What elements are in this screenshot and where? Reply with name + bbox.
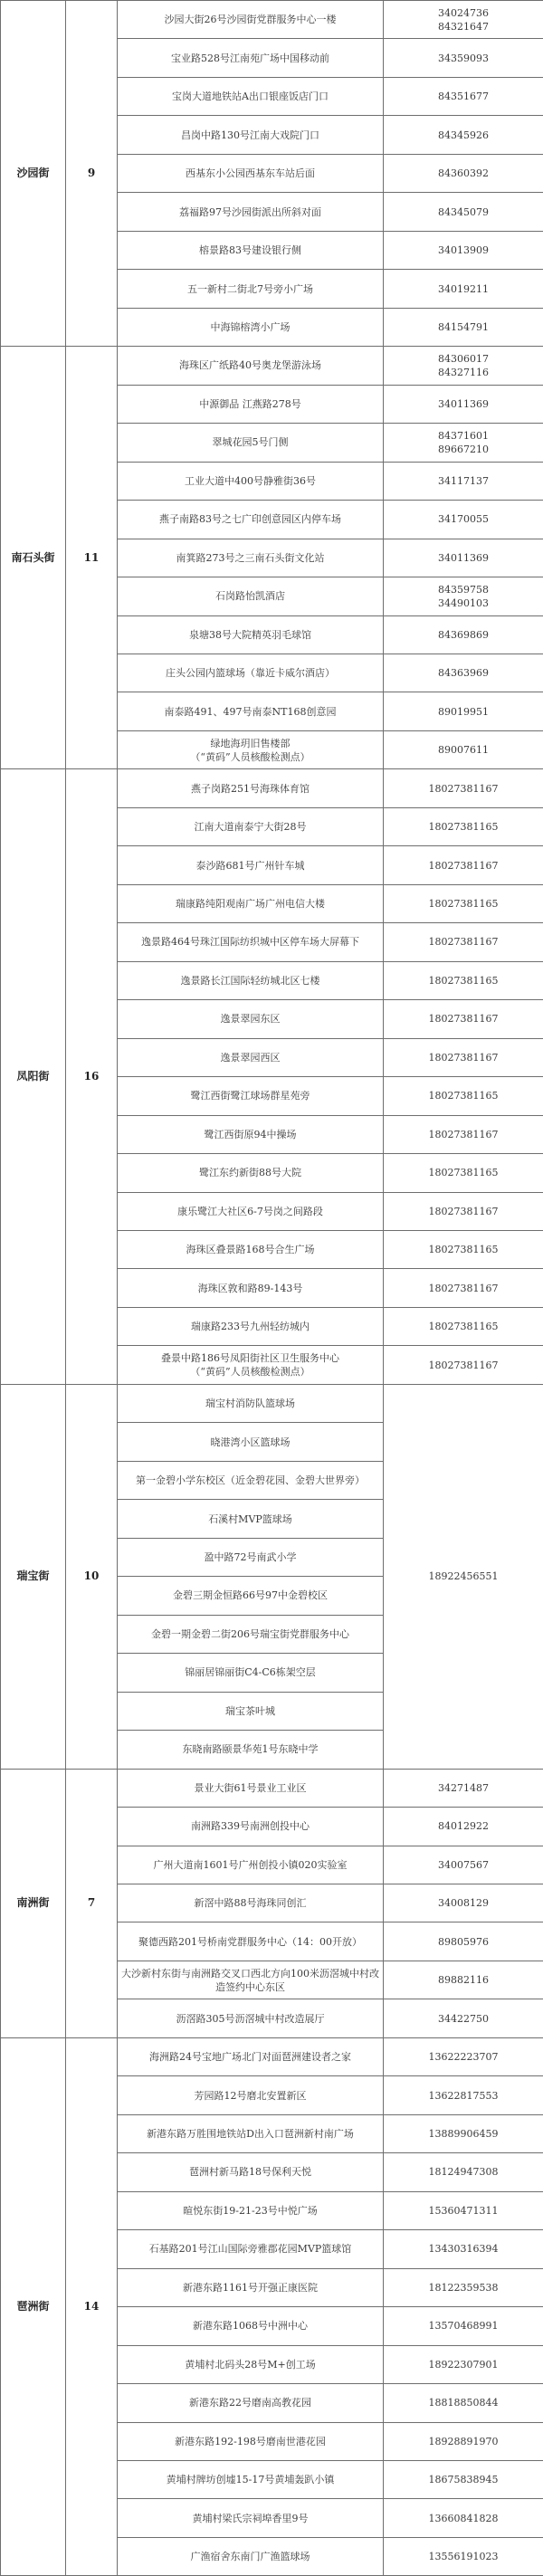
- address-cell: 黄埔村梁氏宗祠埠香里9号: [118, 2499, 384, 2537]
- address-cell: 庄头公园内篮球场（靠近卡威尔酒店）: [118, 654, 384, 692]
- address-cell: 康乐鹭江大社区6-7号岗之间路段: [118, 1192, 384, 1230]
- address-cell: 石基路201号江山国际旁雅郡花园MVP篮球馆: [118, 2230, 384, 2268]
- phone-cell: 84359758 34490103: [384, 577, 543, 615]
- site-count-cell: 11: [66, 347, 118, 769]
- address-cell: 海洲路24号宝地广场北门对面琶洲建设者之家: [118, 2037, 384, 2075]
- address-cell: 黄埔村北码头28号M+创工场: [118, 2345, 384, 2383]
- address-cell: 逸景翠园东区: [118, 1000, 384, 1038]
- address-cell: 五一新村二街北7号旁小广场: [118, 270, 384, 308]
- address-cell: 瑞宝村消防队篮球场: [118, 1384, 384, 1422]
- phone-cell: 18027381167: [384, 1038, 543, 1076]
- address-cell: 南洲路339号南洲创投中心: [118, 1808, 384, 1846]
- address-cell: 景业大街61号景业工业区: [118, 1769, 384, 1807]
- address-cell: 泉塘38号大院精英羽毛球馆: [118, 615, 384, 654]
- phone-cell: 34007567: [384, 1846, 543, 1884]
- phone-cell: 18027381165: [384, 1307, 543, 1345]
- phone-cell: 89882116: [384, 1961, 543, 1999]
- street-name-cell: 琶洲街: [1, 2037, 66, 2576]
- address-cell: 逸景翠园西区: [118, 1038, 384, 1076]
- phone-cell: 18818850844: [384, 2384, 543, 2422]
- address-cell: 第一金碧小学东校区（近金碧花园、金碧大世界旁）: [118, 1461, 384, 1499]
- address-cell: 新港东路1068号中洲中心: [118, 2307, 384, 2345]
- phone-cell: 84371601 89667210: [384, 424, 543, 462]
- address-cell: 中海锦榕湾小广场: [118, 308, 384, 346]
- address-cell: 荔福路97号沙园街派出所斜对面: [118, 193, 384, 231]
- address-cell: 鹭江东约新街88号大院: [118, 1154, 384, 1192]
- address-cell: 燕子岗路251号海珠体育馆: [118, 769, 384, 807]
- phone-cell: 89007611: [384, 730, 543, 768]
- street-name-cell: 南石头街: [1, 347, 66, 769]
- address-cell: 新港东路192-198号磨南世港花园: [118, 2422, 384, 2460]
- address-cell: 暄悦东街19-21-23号中悦广场: [118, 2191, 384, 2229]
- phone-cell: 18027381167: [384, 846, 543, 884]
- address-cell: 芳园路12号磨北安置新区: [118, 2076, 384, 2114]
- phone-cell: 18922456551: [384, 1384, 543, 1769]
- phone-cell: 84345079: [384, 193, 543, 231]
- table-body: 沙园街9沙园大街26号沙园街党群服务中心一楼34024736 84321647宝…: [1, 1, 543, 2576]
- address-cell: 金碧三期金恒路66号97中金碧校区: [118, 1577, 384, 1615]
- site-count-cell: 7: [66, 1769, 118, 2037]
- address-cell: 瑞宝茶叶城: [118, 1692, 384, 1730]
- address-cell: 晓港湾小区篮球场: [118, 1423, 384, 1461]
- site-count-cell: 9: [66, 1, 118, 347]
- testing-sites-table: 沙园街9沙园大街26号沙园街党群服务中心一楼34024736 84321647宝…: [0, 0, 543, 2576]
- address-cell: 鹭江西街原94中操场: [118, 1115, 384, 1153]
- address-cell: 燕子南路83号之七广印创意园区内停车场: [118, 501, 384, 539]
- address-cell: 宝业路528号江南苑广场中国移动前: [118, 39, 384, 77]
- address-cell: 瑞康路233号九州轻纺城内: [118, 1307, 384, 1345]
- address-cell: 新港东路22号磨南高教花园: [118, 2384, 384, 2422]
- address-cell: 盈中路72号南武小学: [118, 1538, 384, 1576]
- table-row: 沙园街9沙园大街26号沙园街党群服务中心一楼34024736 84321647: [1, 1, 543, 39]
- phone-cell: 18027381165: [384, 1231, 543, 1269]
- phone-cell: 13889906459: [384, 2114, 543, 2152]
- phone-cell: 34271487: [384, 1769, 543, 1807]
- address-cell: 新滘中路88号海珠同创汇: [118, 1884, 384, 1922]
- address-cell: 新港东路万胜围地铁站D出入口琶洲新村南广场: [118, 2114, 384, 2152]
- phone-cell: 13660841828: [384, 2499, 543, 2537]
- address-cell: 新港东路1161号开强正康医院: [118, 2268, 384, 2306]
- phone-cell: 84360392: [384, 154, 543, 192]
- address-cell: 中源御品 江燕路278号: [118, 385, 384, 423]
- address-cell: 黄埔村牌坊创墟15-17号黄埔轰趴小镇: [118, 2461, 384, 2499]
- address-cell: 瑞康路纯阳观南广场广州电信大楼: [118, 884, 384, 922]
- address-cell: 宝岗大道地铁站A出口银座饭店门口: [118, 77, 384, 115]
- phone-cell: 18027381167: [384, 923, 543, 961]
- street-name-cell: 凤阳街: [1, 769, 66, 1385]
- phone-cell: 18928891970: [384, 2422, 543, 2460]
- address-cell: 沥滘路305号沥滘城中村改造展厅: [118, 1999, 384, 2037]
- phone-cell: 34359093: [384, 39, 543, 77]
- address-cell: 翠城花园5号门侧: [118, 424, 384, 462]
- address-cell: 鹭江西街鹭江球场群星苑旁: [118, 1077, 384, 1115]
- address-cell: 沙园大街26号沙园街党群服务中心一楼: [118, 1, 384, 39]
- table-row: 南石头街11海珠区广纸路40号奥龙堡游泳场84306017 84327116: [1, 347, 543, 385]
- phone-cell: 84363969: [384, 654, 543, 692]
- phone-cell: 13430316394: [384, 2230, 543, 2268]
- phone-cell: 18027381165: [384, 1077, 543, 1115]
- table-row: 瑞宝街10瑞宝村消防队篮球场18922456551: [1, 1384, 543, 1422]
- address-cell: 聚德西路201号桥南党群服务中心（14：00开放）: [118, 1922, 384, 1961]
- phone-cell: 13622223707: [384, 2037, 543, 2075]
- phone-cell: 18027381167: [384, 1115, 543, 1153]
- address-cell: 昌岗中路130号江南大戏院门口: [118, 116, 384, 154]
- street-name-cell: 南洲街: [1, 1769, 66, 2037]
- phone-cell: 18027381165: [384, 1154, 543, 1192]
- address-cell: 榕景路83号建设银行侧: [118, 231, 384, 269]
- address-cell: 金碧一期金碧二街206号瑞宝街党群服务中心: [118, 1615, 384, 1653]
- phone-cell: 34422750: [384, 1999, 543, 2037]
- phone-cell: 84369869: [384, 615, 543, 654]
- address-cell: 大沙新村东街与南洲路交叉口西北方向100米沥滘城中村改造签约中心东区: [118, 1961, 384, 1999]
- phone-cell: 18922307901: [384, 2345, 543, 2383]
- site-count-cell: 14: [66, 2037, 118, 2576]
- phone-cell: 34170055: [384, 501, 543, 539]
- address-cell: 海珠区敦和路89-143号: [118, 1269, 384, 1307]
- address-cell: 江南大道南泰宁大街28号: [118, 807, 384, 845]
- address-cell: 石溪村MVP篮球场: [118, 1500, 384, 1538]
- address-cell: 海珠区叠景路168号合生广场: [118, 1231, 384, 1269]
- site-count-cell: 10: [66, 1384, 118, 1769]
- address-cell: 东晓南路颐景华苑1号东晓中学: [118, 1731, 384, 1769]
- phone-cell: 18027381167: [384, 1192, 543, 1230]
- phone-cell: 18027381165: [384, 961, 543, 999]
- phone-cell: 18122359538: [384, 2268, 543, 2306]
- phone-cell: 84306017 84327116: [384, 347, 543, 385]
- table-row: 凤阳街16燕子岗路251号海珠体育馆18027381167: [1, 769, 543, 807]
- street-name-cell: 瑞宝街: [1, 1384, 66, 1769]
- phone-cell: 89805976: [384, 1922, 543, 1961]
- phone-cell: 13622817553: [384, 2076, 543, 2114]
- phone-cell: 34011369: [384, 385, 543, 423]
- address-cell: 逸景路长江国际轻纺城北区七楼: [118, 961, 384, 999]
- phone-cell: 84154791: [384, 308, 543, 346]
- address-cell: 石岗路怡凯酒店: [118, 577, 384, 615]
- address-cell: 逸景路464号珠江国际纺织城中区停车场大屏幕下: [118, 923, 384, 961]
- phone-cell: 13556191023: [384, 2537, 543, 2575]
- phone-cell: 89019951: [384, 692, 543, 730]
- phone-cell: 18027381167: [384, 1000, 543, 1038]
- phone-cell: 34019211: [384, 270, 543, 308]
- street-name-cell: 沙园街: [1, 1, 66, 347]
- phone-cell: 34013909: [384, 231, 543, 269]
- phone-cell: 18027381167: [384, 1269, 543, 1307]
- phone-cell: 18027381165: [384, 884, 543, 922]
- address-cell: 锦丽居锦丽街C4-C6栋架空层: [118, 1654, 384, 1692]
- address-cell: 琶洲村新马路18号保利天悦: [118, 2153, 384, 2191]
- phone-cell: 18027381167: [384, 1346, 543, 1384]
- address-cell: 工业大道中400号静雅街36号: [118, 462, 384, 500]
- phone-cell: 18027381165: [384, 807, 543, 845]
- address-cell: 绿地海玥旧售楼部 （“黄码”人员核酸检测点）: [118, 730, 384, 768]
- address-cell: 南泰路491、497号南泰NT168创意园: [118, 692, 384, 730]
- address-cell: 南箕路273号之三南石头街文化站: [118, 539, 384, 577]
- phone-cell: 84012922: [384, 1808, 543, 1846]
- address-cell: 西基东小公园西基东车站后面: [118, 154, 384, 192]
- address-cell: 泰沙路681号广州针车城: [118, 846, 384, 884]
- address-cell: 叠景中路186号凤阳街社区卫生服务中心 （“黄码”人员核酸检测点）: [118, 1346, 384, 1384]
- table-row: 琶洲街14海洲路24号宝地广场北门对面琶洲建设者之家13622223707: [1, 2037, 543, 2075]
- address-cell: 广州大道南1601号广州创投小镇020实验室: [118, 1846, 384, 1884]
- phone-cell: 34117137: [384, 462, 543, 500]
- address-cell: 海珠区广纸路40号奥龙堡游泳场: [118, 347, 384, 385]
- address-cell: 广渔宿舍东南门广渔篮球场: [118, 2537, 384, 2575]
- phone-cell: 34011369: [384, 539, 543, 577]
- phone-cell: 84351677: [384, 77, 543, 115]
- phone-cell: 34024736 84321647: [384, 1, 543, 39]
- phone-cell: 13570468991: [384, 2307, 543, 2345]
- phone-cell: 84345926: [384, 116, 543, 154]
- site-count-cell: 16: [66, 769, 118, 1385]
- phone-cell: 34008129: [384, 1884, 543, 1922]
- phone-cell: 15360471311: [384, 2191, 543, 2229]
- phone-cell: 18124947308: [384, 2153, 543, 2191]
- table-row: 南洲街7景业大街61号景业工业区34271487: [1, 1769, 543, 1807]
- phone-cell: 18675838945: [384, 2461, 543, 2499]
- phone-cell: 18027381167: [384, 769, 543, 807]
